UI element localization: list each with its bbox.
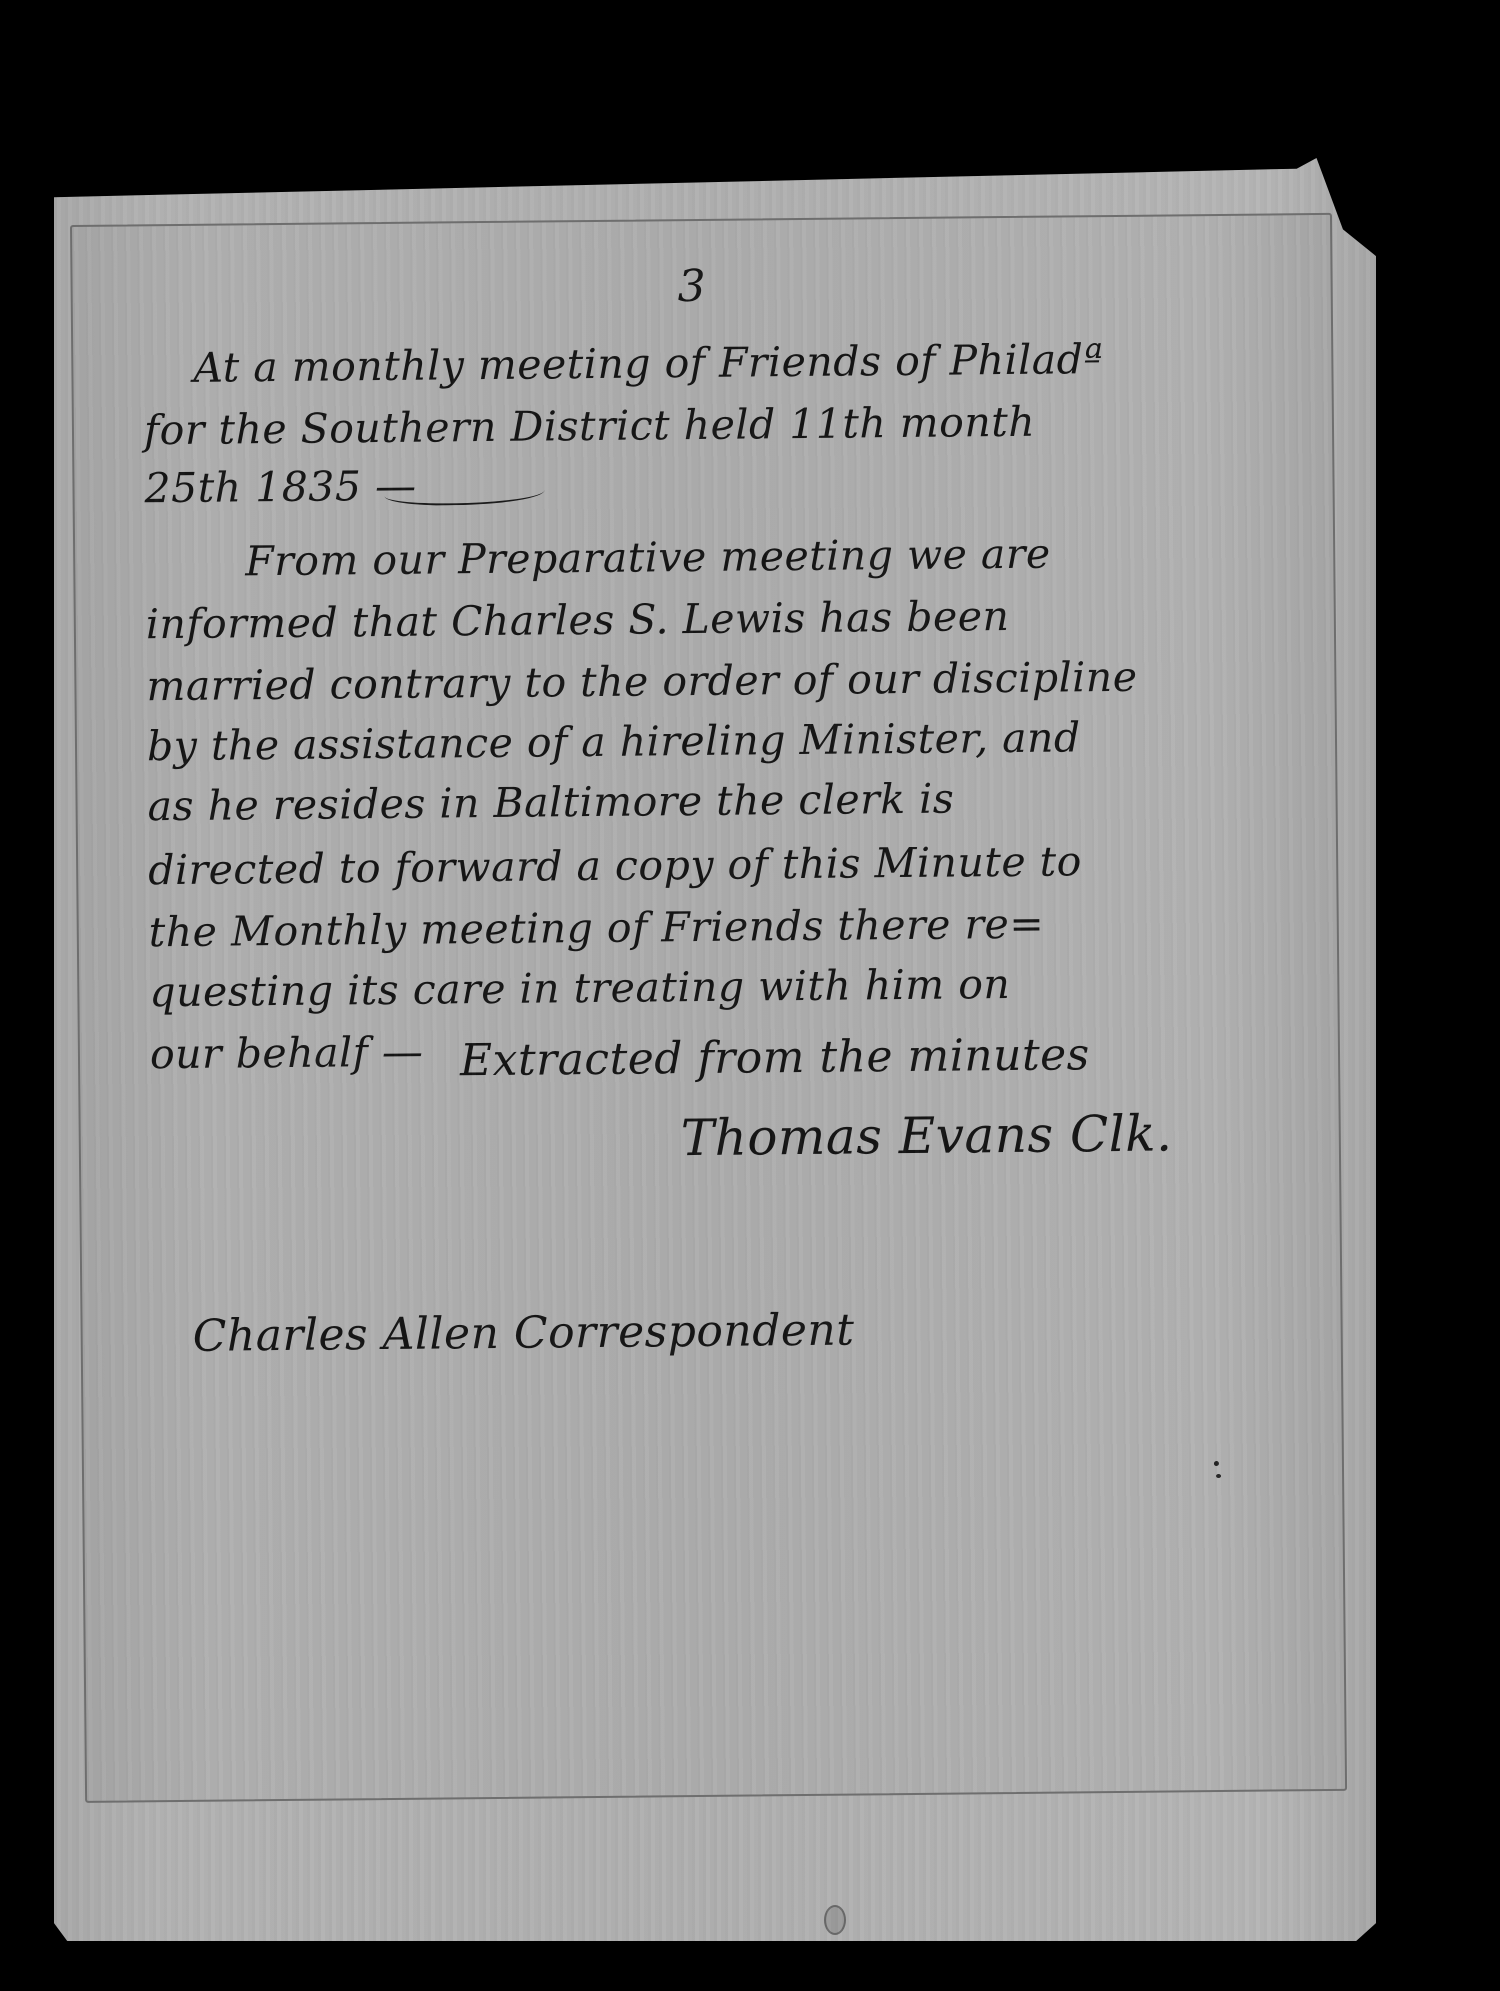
ink-speck [1214, 1461, 1219, 1466]
body-line-9: our behalf — [150, 1028, 424, 1079]
correspondent-line: Charles Allen Correspondent [192, 1305, 854, 1362]
ink-speck [1216, 1474, 1221, 1478]
heading-line-3: 25th 1835 — [144, 462, 416, 513]
heading-line-1: At a monthly meeting of Friends of Phila… [193, 335, 1103, 392]
body-line-2: informed that Charles S. Lewis has been [146, 592, 1010, 648]
paper-stain-spot [824, 1905, 846, 1935]
front-paper-sheet: 3 At a monthly meeting of Friends of Phi… [70, 213, 1347, 1803]
body-line-4: by the assistance of a hireling Minister… [147, 713, 1081, 770]
body-line-6: directed to forward a copy of this Minut… [148, 837, 1082, 894]
clerk-signature: Thomas Evans Clk. [681, 1104, 1173, 1167]
page-number: 3 [677, 261, 706, 312]
body-line-8: questing its care in treating with him o… [149, 960, 1010, 1016]
body-line-3: married contrary to the order of our dis… [146, 653, 1137, 711]
body-line-5: as he resides in Baltimore the clerk is [147, 775, 954, 831]
body-line-7: the Monthly meeting of Friends there re= [149, 900, 1045, 957]
date-flourish [384, 480, 544, 506]
closing-extracted-line: Extracted from the minutes [460, 1029, 1090, 1086]
heading-line-2: for the Southern District held 11th mont… [144, 398, 1036, 455]
body-line-1: From our Preparative meeting we are [245, 530, 1051, 586]
